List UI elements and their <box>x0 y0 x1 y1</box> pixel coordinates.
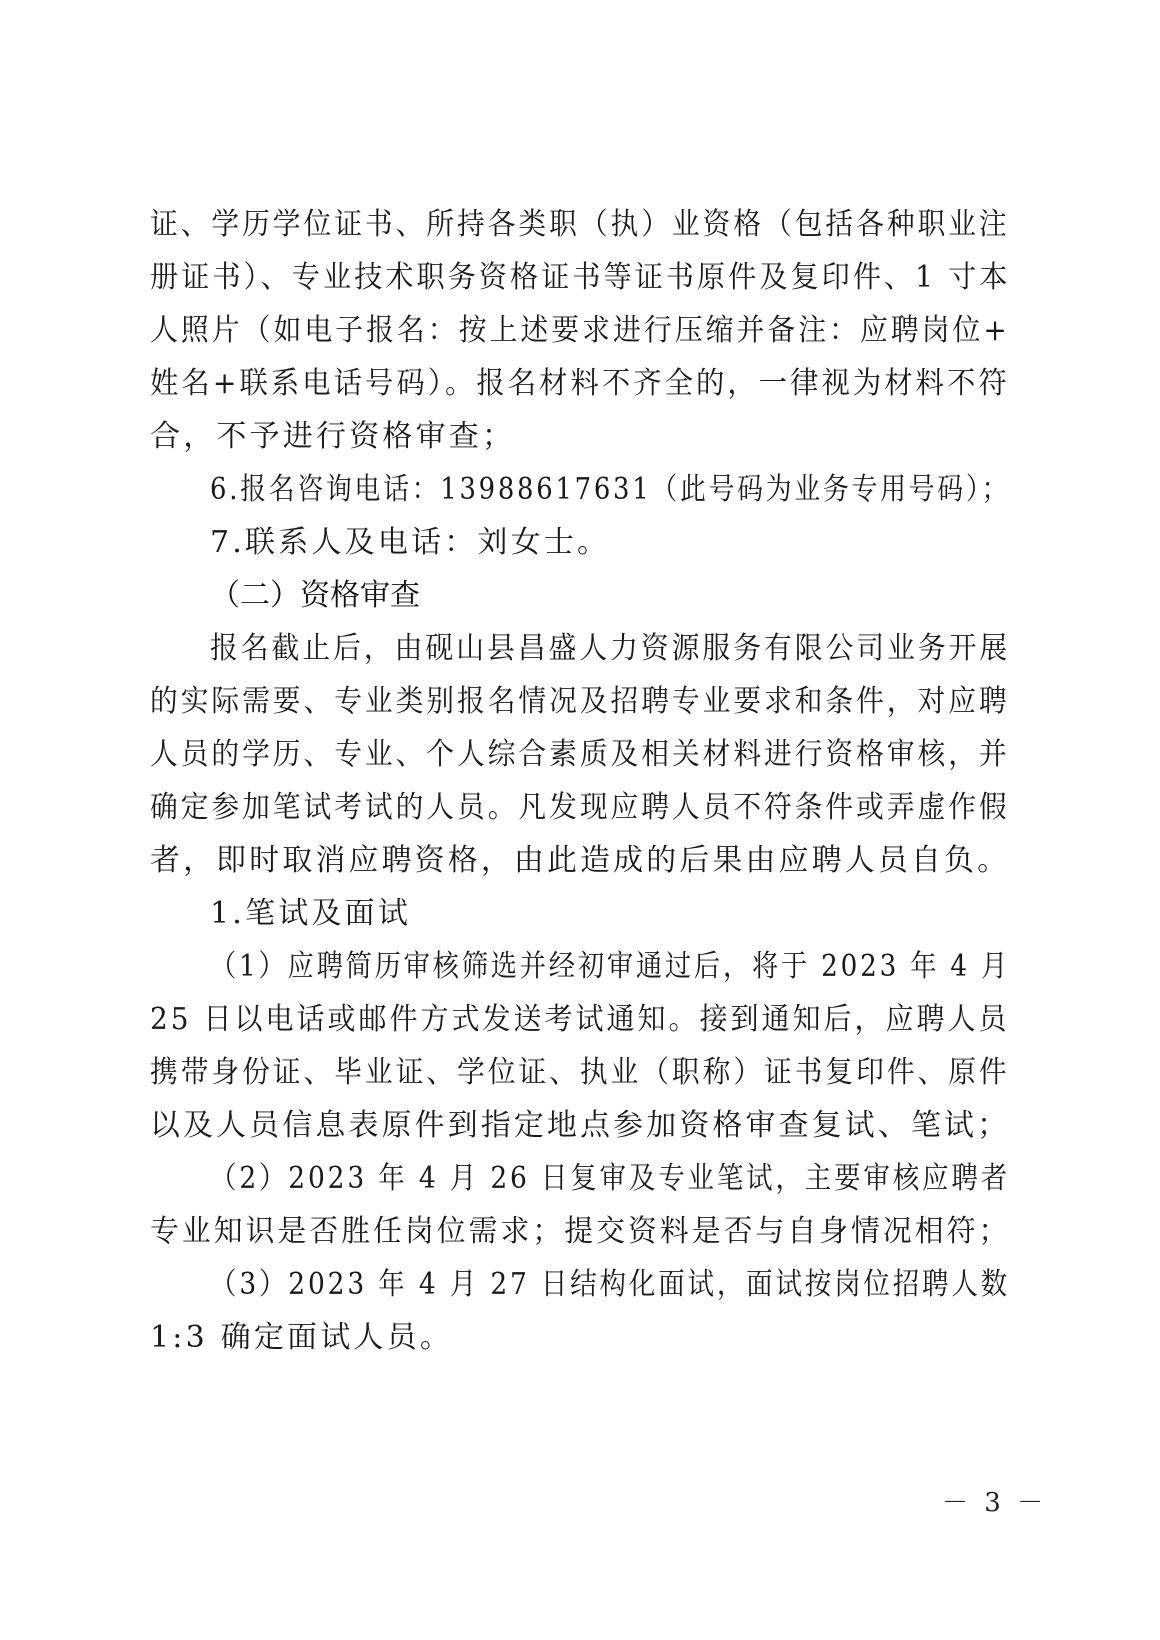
paragraph-line: 册证书）、专业技术职务资格证书等证书原件及复印件、1 寸本 <box>150 258 957 298</box>
paragraph-line: 人照片（如电子报名：按上述要求进行压缩并备注：应聘岗位+ <box>150 311 950 351</box>
subsection-title: 1.笔试及面试 <box>210 894 1010 934</box>
contact-person-line: 7.联系人及电话：刘女士。 <box>210 523 1010 563</box>
paragraph-line: 专业知识是否胜任岗位需求；提交资料是否与自身情况相符； <box>150 1212 975 1252</box>
paragraph-line: 报名截止后，由砚山县昌盛人力资源服务有限公司业务开展 <box>210 629 952 669</box>
list-item-1: （1）应聘简历审核筛选并经初审通过后，将于 2023 年 4 月 <box>210 947 909 987</box>
paragraph-line: 人员的学历、专业、个人综合素质及相关材料进行资格审核，并 <box>150 735 945 775</box>
paragraph-line: 25 日以电话或邮件方式发送考试通知。接到通知后，应聘人员 <box>150 1000 953 1040</box>
page-number: － 3 － <box>942 1488 1047 1518</box>
list-item-2: （2）2023 年 4 月 26 日复审及专业笔试，主要审核应聘者 <box>210 1159 916 1199</box>
section-heading: （二）资格审查 <box>210 576 420 616</box>
registration-phone-line: 6.报名咨询电话：13988617631（此号码为业务专用号码）； <box>210 470 899 510</box>
paragraph-line: 证、学历学位证书、所持各类职（执）业资格（包括各种职业注 <box>150 205 945 245</box>
paragraph-line: 以及人员信息表原件到指定地点参加资格审查复试、笔试； <box>150 1106 1007 1146</box>
paragraph-line: 确定参加笔试考试的人员。凡发现应聘人员不符条件或弄虚作假 <box>150 788 945 828</box>
paragraph-line: 的实际需要、专业类别报名情况及招聘专业要求和条件，对应聘 <box>150 682 945 722</box>
list-item-3: （3）2023 年 4 月 27 日结构化面试，面试按岗位招聘人数 <box>210 1265 916 1305</box>
paragraph-line: 姓名+联系电话号码）。报名材料不齐全的，一律视为材料不符 <box>150 364 963 404</box>
document-page: 证、学历学位证书、所持各类职（执）业资格（包括各种职业注 册证书）、专业技术职务… <box>0 0 1160 1640</box>
paragraph-line: 者，即时取消应聘资格，由此造成的后果由应聘人员自负。 <box>150 841 1007 881</box>
paragraph-line: 携带身份证、毕业证、学位证、执业（职称）证书复印件、原件 <box>150 1053 945 1093</box>
paragraph-line: 合，不予进行资格审查； <box>150 417 1010 457</box>
paragraph-line: 1:3 确定面试人员。 <box>150 1318 1010 1358</box>
